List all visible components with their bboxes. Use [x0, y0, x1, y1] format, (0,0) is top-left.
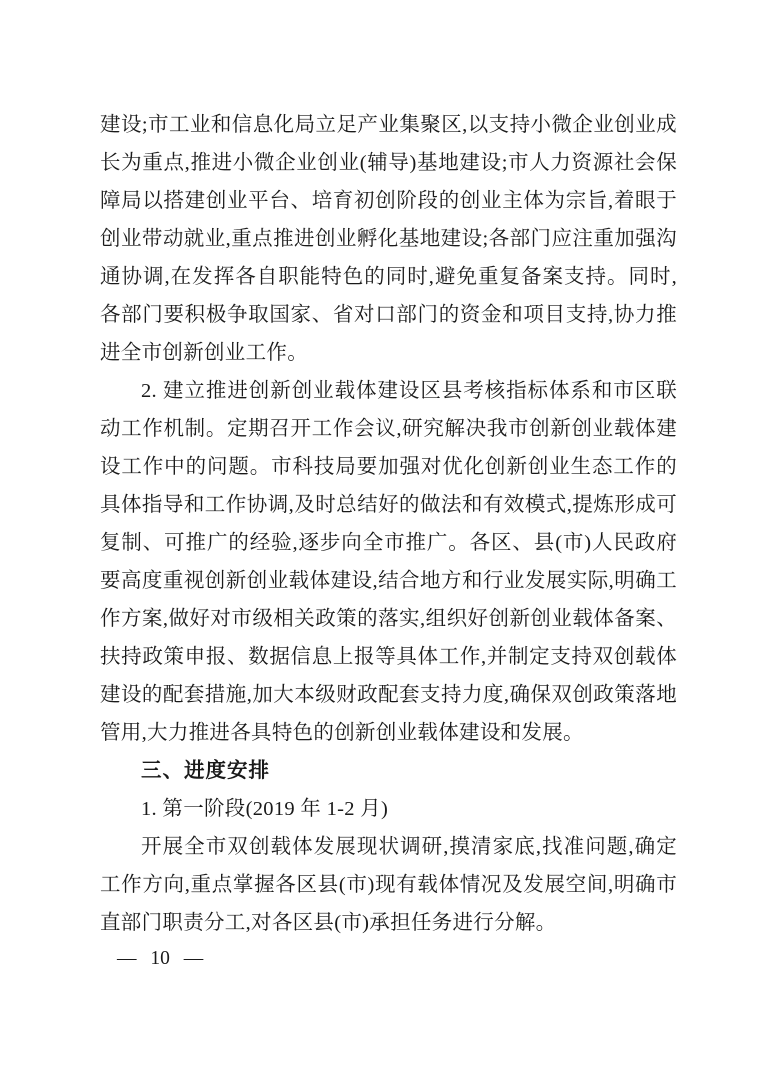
text-block: 建设;市工业和信息化局立足产业集聚区,以支持小微企业创业成长为重点,推进小微企业… [100, 106, 677, 942]
paragraph-item-2: 2. 建立推进创新创业载体建设区县考核指标体系和市区联动工作机制。定期召开工作会… [100, 372, 677, 752]
document-page: 建设;市工业和信息化局立足产业集聚区,以支持小微企业创业成长为重点,推进小微企业… [0, 0, 768, 1086]
stage-title: 1. 第一阶段(2019 年 1-2 月) [100, 790, 677, 828]
page-number: — 10 — [117, 946, 203, 972]
section-heading: 三、进度安排 [100, 752, 677, 790]
paragraph-stage-detail: 开展全市双创载体发展现状调研,摸清家底,找准问题,确定工作方向,重点掌握各区县(… [100, 828, 677, 942]
paragraph-continuation: 建设;市工业和信息化局立足产业集聚区,以支持小微企业创业成长为重点,推进小微企业… [100, 106, 677, 372]
